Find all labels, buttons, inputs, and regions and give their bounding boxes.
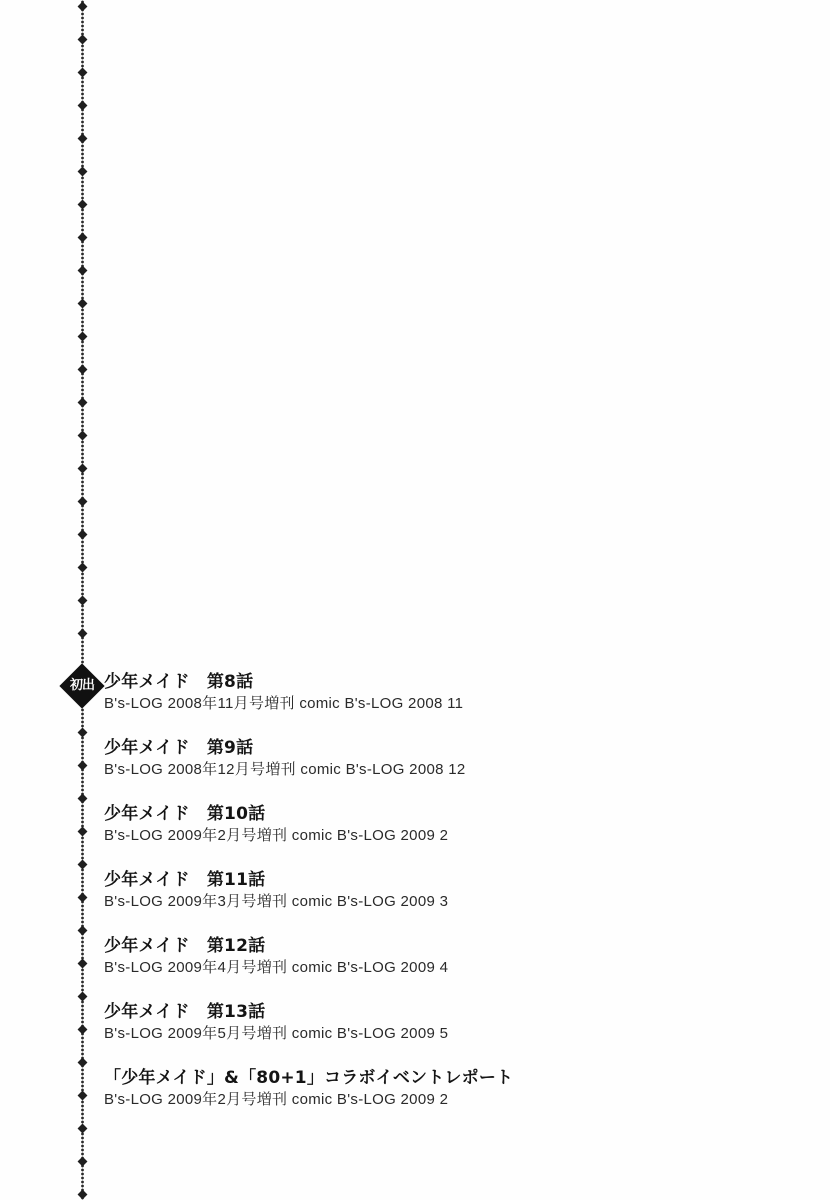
credit-entry: 少年メイド 第10話 B's-LOG 2009年2月号増刊 comic B's-… (104, 803, 664, 869)
badge-label: 初出 (60, 664, 104, 708)
credit-source: B's-LOG 2009年4月号増刊 comic B's-LOG 2009 4 (104, 957, 664, 979)
credit-title: 少年メイド 第12話 (104, 935, 664, 957)
credit-title: 少年メイド 第10話 (104, 803, 664, 825)
credit-title: 「少年メイド」&「80+1」コラボイベントレポート (104, 1067, 664, 1089)
credit-source: B's-LOG 2008年11月号増刊 comic B's-LOG 2008 1… (104, 693, 664, 715)
credit-source: B's-LOG 2009年3月号増刊 comic B's-LOG 2009 3 (104, 891, 664, 913)
credit-title: 少年メイド 第8話 (104, 671, 664, 693)
page: 初出 少年メイド 第8話 B's-LOG 2008年11月号増刊 comic B… (0, 0, 830, 1200)
credit-entry: 少年メイド 第11話 B's-LOG 2009年3月号増刊 comic B's-… (104, 869, 664, 935)
credit-entry: 「少年メイド」&「80+1」コラボイベントレポート B's-LOG 2009年2… (104, 1067, 664, 1133)
credits-list: 少年メイド 第8話 B's-LOG 2008年11月号増刊 comic B's-… (104, 671, 664, 1133)
credit-source: B's-LOG 2008年12月号増刊 comic B's-LOG 2008 1… (104, 759, 664, 781)
credit-title: 少年メイド 第9話 (104, 737, 664, 759)
first-appearance-badge: 初出 (60, 664, 104, 708)
credit-entry: 少年メイド 第8話 B's-LOG 2008年11月号増刊 comic B's-… (104, 671, 664, 737)
credit-title: 少年メイド 第13話 (104, 1001, 664, 1023)
credit-source: B's-LOG 2009年2月号増刊 comic B's-LOG 2009 2 (104, 825, 664, 847)
credit-title: 少年メイド 第11話 (104, 869, 664, 891)
credit-entry: 少年メイド 第9話 B's-LOG 2008年12月号増刊 comic B's-… (104, 737, 664, 803)
credit-entry: 少年メイド 第13話 B's-LOG 2009年5月号増刊 comic B's-… (104, 1001, 664, 1067)
credit-source: B's-LOG 2009年5月号増刊 comic B's-LOG 2009 5 (104, 1023, 664, 1045)
credit-entry: 少年メイド 第12話 B's-LOG 2009年4月号増刊 comic B's-… (104, 935, 664, 1001)
credit-source: B's-LOG 2009年2月号増刊 comic B's-LOG 2009 2 (104, 1089, 664, 1111)
